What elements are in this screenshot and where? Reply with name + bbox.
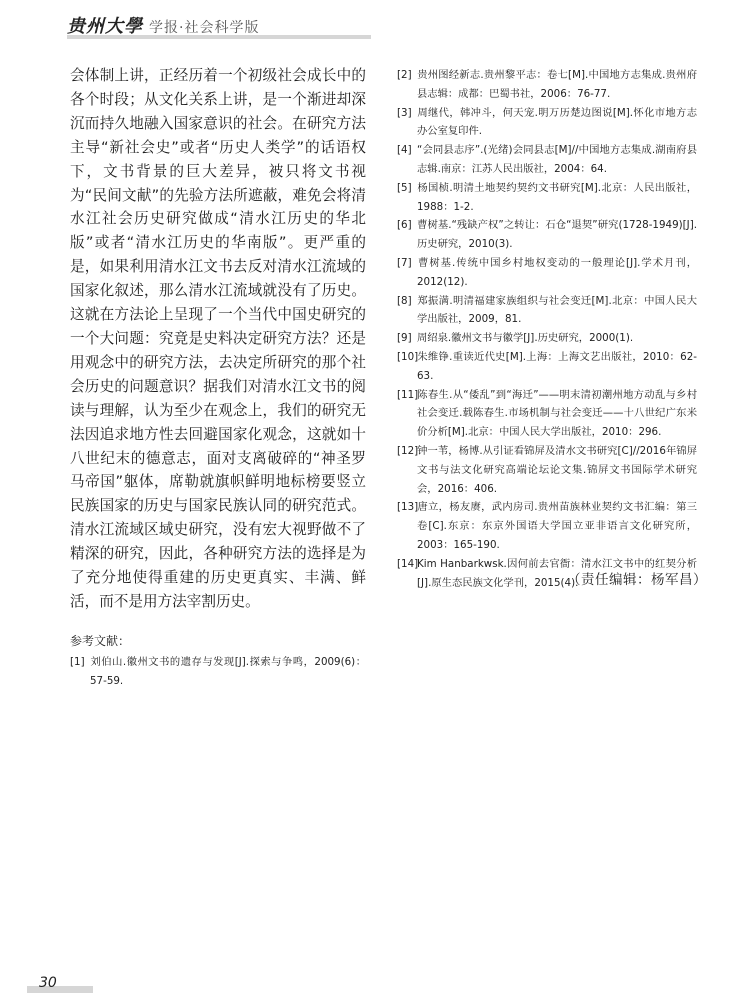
reference-item: [7]曹树基.传统中国乡村地权变动的一般理论[J].学术月刊，2012(12). [397, 254, 697, 292]
running-header: 贵州大學学报·社会科学版 [67, 12, 371, 38]
responsible-editor: （责任编辑：杨军昌） [567, 568, 707, 588]
reference-item: [5]杨国桢.明清土地契约契约文书研究[M].北京：人民出版社，1988：1-2… [397, 179, 697, 217]
right-column: [2]贵州图经新志.贵州黎平志：卷七[M].中国地方志集成.贵州府县志辑：成都：… [397, 66, 697, 592]
reference-item: [4]“会同县志序”.(光绪)会同县志[M]//中国地方志集成.湖南府县志辑.南… [397, 141, 697, 179]
reference-item: [8]郑振满.明清福建家族组织与社会变迁[M].北京：中国人民大学出版社，200… [397, 292, 697, 330]
university-logo: 贵州大學 [67, 16, 143, 37]
reference-item: [1]刘伯山.徽州文书的遗存与发现[J].探索与争鸣，2009(6)：57-59… [70, 653, 366, 691]
reference-item: [3]周继代，韩冲斗，何天宠.明万历楚边图说[M].怀化市地方志办公室复印件. [397, 104, 697, 142]
reference-item: [11]陈春生.从“倭乱”到“海迁”——明末清初潮州地方动乱与乡村社会变迁.载陈… [397, 386, 697, 442]
reference-item: [12]钟一苇，杨博.从引证看锦屏及清水文书研究[C]//2016年锦屏文书与法… [397, 442, 697, 498]
reference-item: [13]唐立，杨友赓，武内房司.贵州苗族林业契约文书汇编：第三卷[C].东京：东… [397, 498, 697, 554]
reference-item: [6]曹树基.“残缺产权”之转让：石仓“退契”研究(1728-1949)[J].… [397, 216, 697, 254]
reference-item: [2]贵州图经新志.贵州黎平志：卷七[M].中国地方志集成.贵州府县志辑：成都：… [397, 66, 697, 104]
header-rule [67, 35, 371, 39]
page-number: 30 [39, 975, 57, 991]
footer-rule [27, 986, 93, 993]
left-column: 会体制上讲，正经历着一个初级社会成长中的各个时段；从文化关系上讲，是一个渐进却深… [70, 64, 366, 690]
page-footer: 30 [67, 978, 85, 997]
reference-item: [9]周绍泉.徽州文书与徽学[J].历史研究，2000(1). [397, 329, 697, 348]
references-heading: 参考文献： [70, 632, 366, 649]
body-paragraph: 会体制上讲，正经历着一个初级社会成长中的各个时段；从文化关系上讲，是一个渐进却深… [70, 64, 366, 614]
journal-title: 学报·社会科学版 [149, 20, 259, 36]
reference-item: [10]朱维铮.重读近代史[M].上海：上海文艺出版社，2010：62-63. [397, 348, 697, 386]
